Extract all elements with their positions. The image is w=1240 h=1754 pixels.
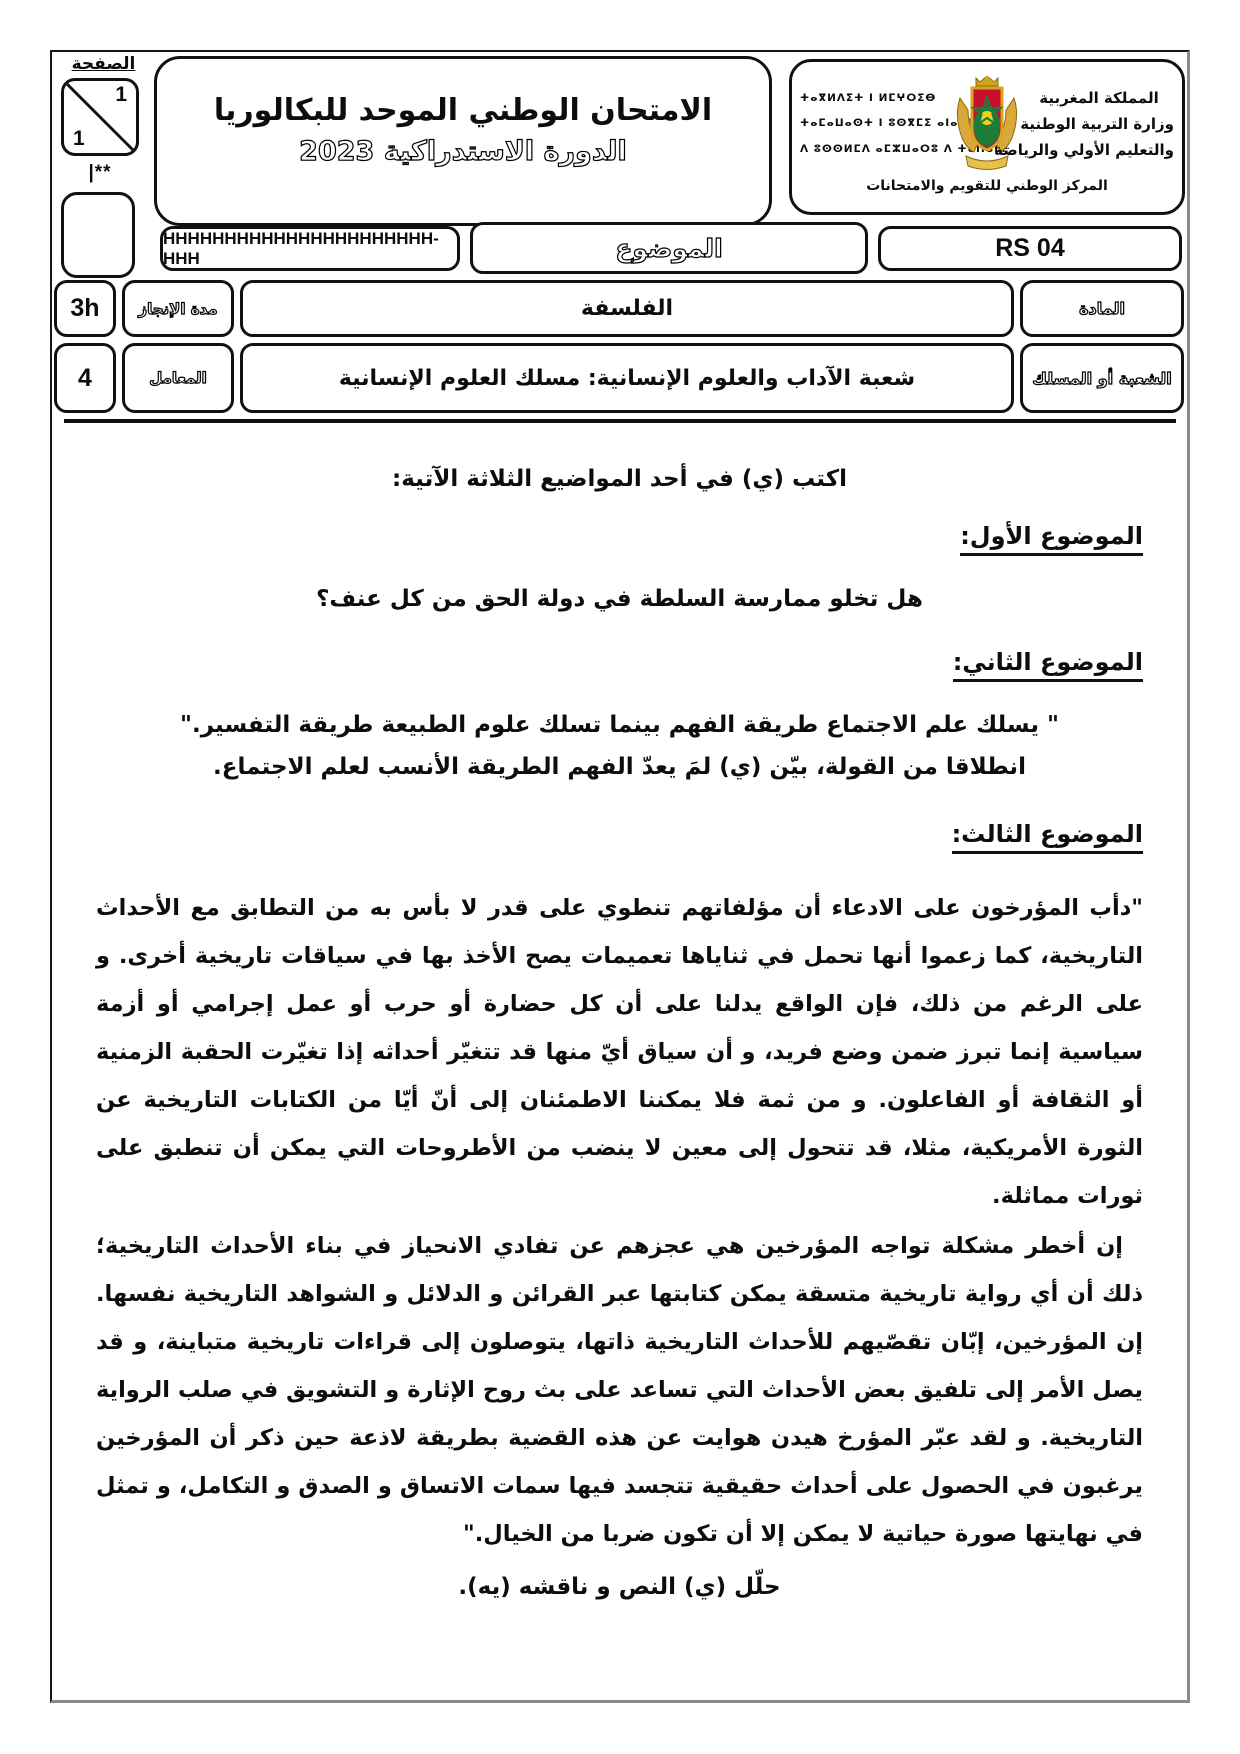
subject-label: المادة xyxy=(1020,280,1184,337)
ministry-arabic: المملكة المغربية وزارة التربية الوطنية و… xyxy=(1024,85,1174,164)
ministry-box: ⵜⴰⴳⵍⴷⵉⵜ ⵏ ⵍⵎⵖⵔⵉⴱ ⵜⴰⵎⴰⵡⴰⵙⵜ ⵏ ⵓⵙⴳⵎⵉ ⴰⵏⴰⵎⵓⵔ… xyxy=(789,59,1185,215)
topic1-heading-text: الموضوع الأول: xyxy=(960,522,1143,556)
duration-label: مدة الإنجاز xyxy=(122,280,234,337)
star-mark: |** xyxy=(56,162,144,184)
topic2-heading-text: الموضوع الثاني: xyxy=(953,648,1143,682)
exam-content: اكتب (ي) في أحد المواضيع الثلاثة الآتية:… xyxy=(52,432,1187,1600)
topic2-heading: الموضوع الثاني: xyxy=(96,648,1143,682)
exam-title-box: الامتحان الوطني الموحد للبكالوريا الدورة… xyxy=(154,56,772,226)
page-column: الصفحة 1 1 |** xyxy=(56,54,151,74)
candidate-code-box: HHHHHHHHHHHHHHHHHHHHHH-HHH xyxy=(160,226,460,271)
topic3-heading-text: الموضوع الثالث: xyxy=(952,820,1143,854)
topic2-task: انطلاقا من القولة، بيّن (ي) لمَ يعدّ الف… xyxy=(96,754,1143,780)
tifinagh-line: ⵜⴰⴳⵍⴷⵉⵜ ⵏ ⵍⵎⵖⵔⵉⴱ xyxy=(800,86,950,111)
topic3-paragraph-2: إن أخطر مشكلة تواجه المؤرخين هي عجزهم عن… xyxy=(96,1222,1143,1558)
instruction-line: اكتب (ي) في أحد المواضيع الثلاثة الآتية: xyxy=(96,466,1143,492)
exam-title: الامتحان الوطني الموحد للبكالوريا xyxy=(157,93,769,128)
exam-document: { "page": { "page_label": "الصفحة", "pag… xyxy=(0,0,1240,1754)
reference-box: RS 04 xyxy=(878,226,1182,271)
tifinagh-line: ⵜⴰⵎⴰⵡⴰⵙⵜ ⵏ ⵓⵙⴳⵎⵉ ⴰⵏⴰⵎⵓⵔ xyxy=(800,111,950,136)
page-total: 1 xyxy=(115,83,127,107)
page-label: الصفحة xyxy=(56,54,151,74)
ministry-tifinagh: ⵜⴰⴳⵍⴷⵉⵜ ⵏ ⵍⵎⵖⵔⵉⴱ ⵜⴰⵎⴰⵡⴰⵙⵜ ⵏ ⵓⵙⴳⵎⵉ ⴰⵏⴰⵎⵓⵔ… xyxy=(800,86,950,162)
ministry-center-name: المركز الوطني للتقويم والامتحانات xyxy=(800,178,1174,194)
topic1-question: هل تخلو ممارسة السلطة في دولة الحق من كل… xyxy=(96,586,1143,612)
topic3-paragraph-1: "دأب المؤرخون على الادعاء أن مؤلفاتهم تن… xyxy=(96,884,1143,1220)
page-counter-box: 1 1 xyxy=(61,78,139,156)
ministry-line: المملكة المغربية xyxy=(1024,85,1174,111)
subject-value: الفلسفة xyxy=(240,280,1014,337)
exam-session: الدورة الاستدراكية 2023 xyxy=(157,136,769,167)
tifinagh-line: ⴷ ⵓⵙⵙⵍⵎⴷ ⴰⵎⵣⵡⴰⵔⵓ ⴷ ⵜⵓⵏⵏⵓⵏⵜ xyxy=(800,137,950,162)
exam-sheet: الصفحة 1 1 |** الامتحان الوطني الموحد لل… xyxy=(50,50,1190,1703)
sheet-type-box: الموضوع xyxy=(470,222,868,274)
ministry-line: وزارة التربية الوطنية xyxy=(1024,111,1174,137)
topic3-task: حلّل (ي) النص و ناقشه (يه). xyxy=(96,1574,1143,1600)
topic1-heading: الموضوع الأول: xyxy=(96,522,1143,556)
topic2-quote: " يسلك علم الاجتماع طريقة الفهم بينما تس… xyxy=(96,712,1143,738)
page-number: 1 xyxy=(73,127,85,151)
coefficient-value: 4 xyxy=(54,343,116,413)
empty-stamp-box xyxy=(61,192,135,278)
track-value: شعبة الآداب والعلوم الإنسانية: مسلك العل… xyxy=(240,343,1014,413)
ministry-line: والتعليم الأولي والرياضة xyxy=(1024,137,1174,163)
topic3-heading: الموضوع الثالث: xyxy=(96,820,1143,854)
ministry-row: ⵜⴰⴳⵍⴷⵉⵜ ⵏ ⵍⵎⵖⵔⵉⴱ ⵜⴰⵎⴰⵡⴰⵙⵜ ⵏ ⵓⵙⴳⵎⵉ ⴰⵏⴰⵎⵓⵔ… xyxy=(800,72,1174,176)
coefficient-label: المعامل xyxy=(122,343,234,413)
track-label: الشعبة أو المسلك xyxy=(1020,343,1184,413)
duration-value: 3h xyxy=(54,280,116,337)
header-divider xyxy=(64,419,1176,423)
